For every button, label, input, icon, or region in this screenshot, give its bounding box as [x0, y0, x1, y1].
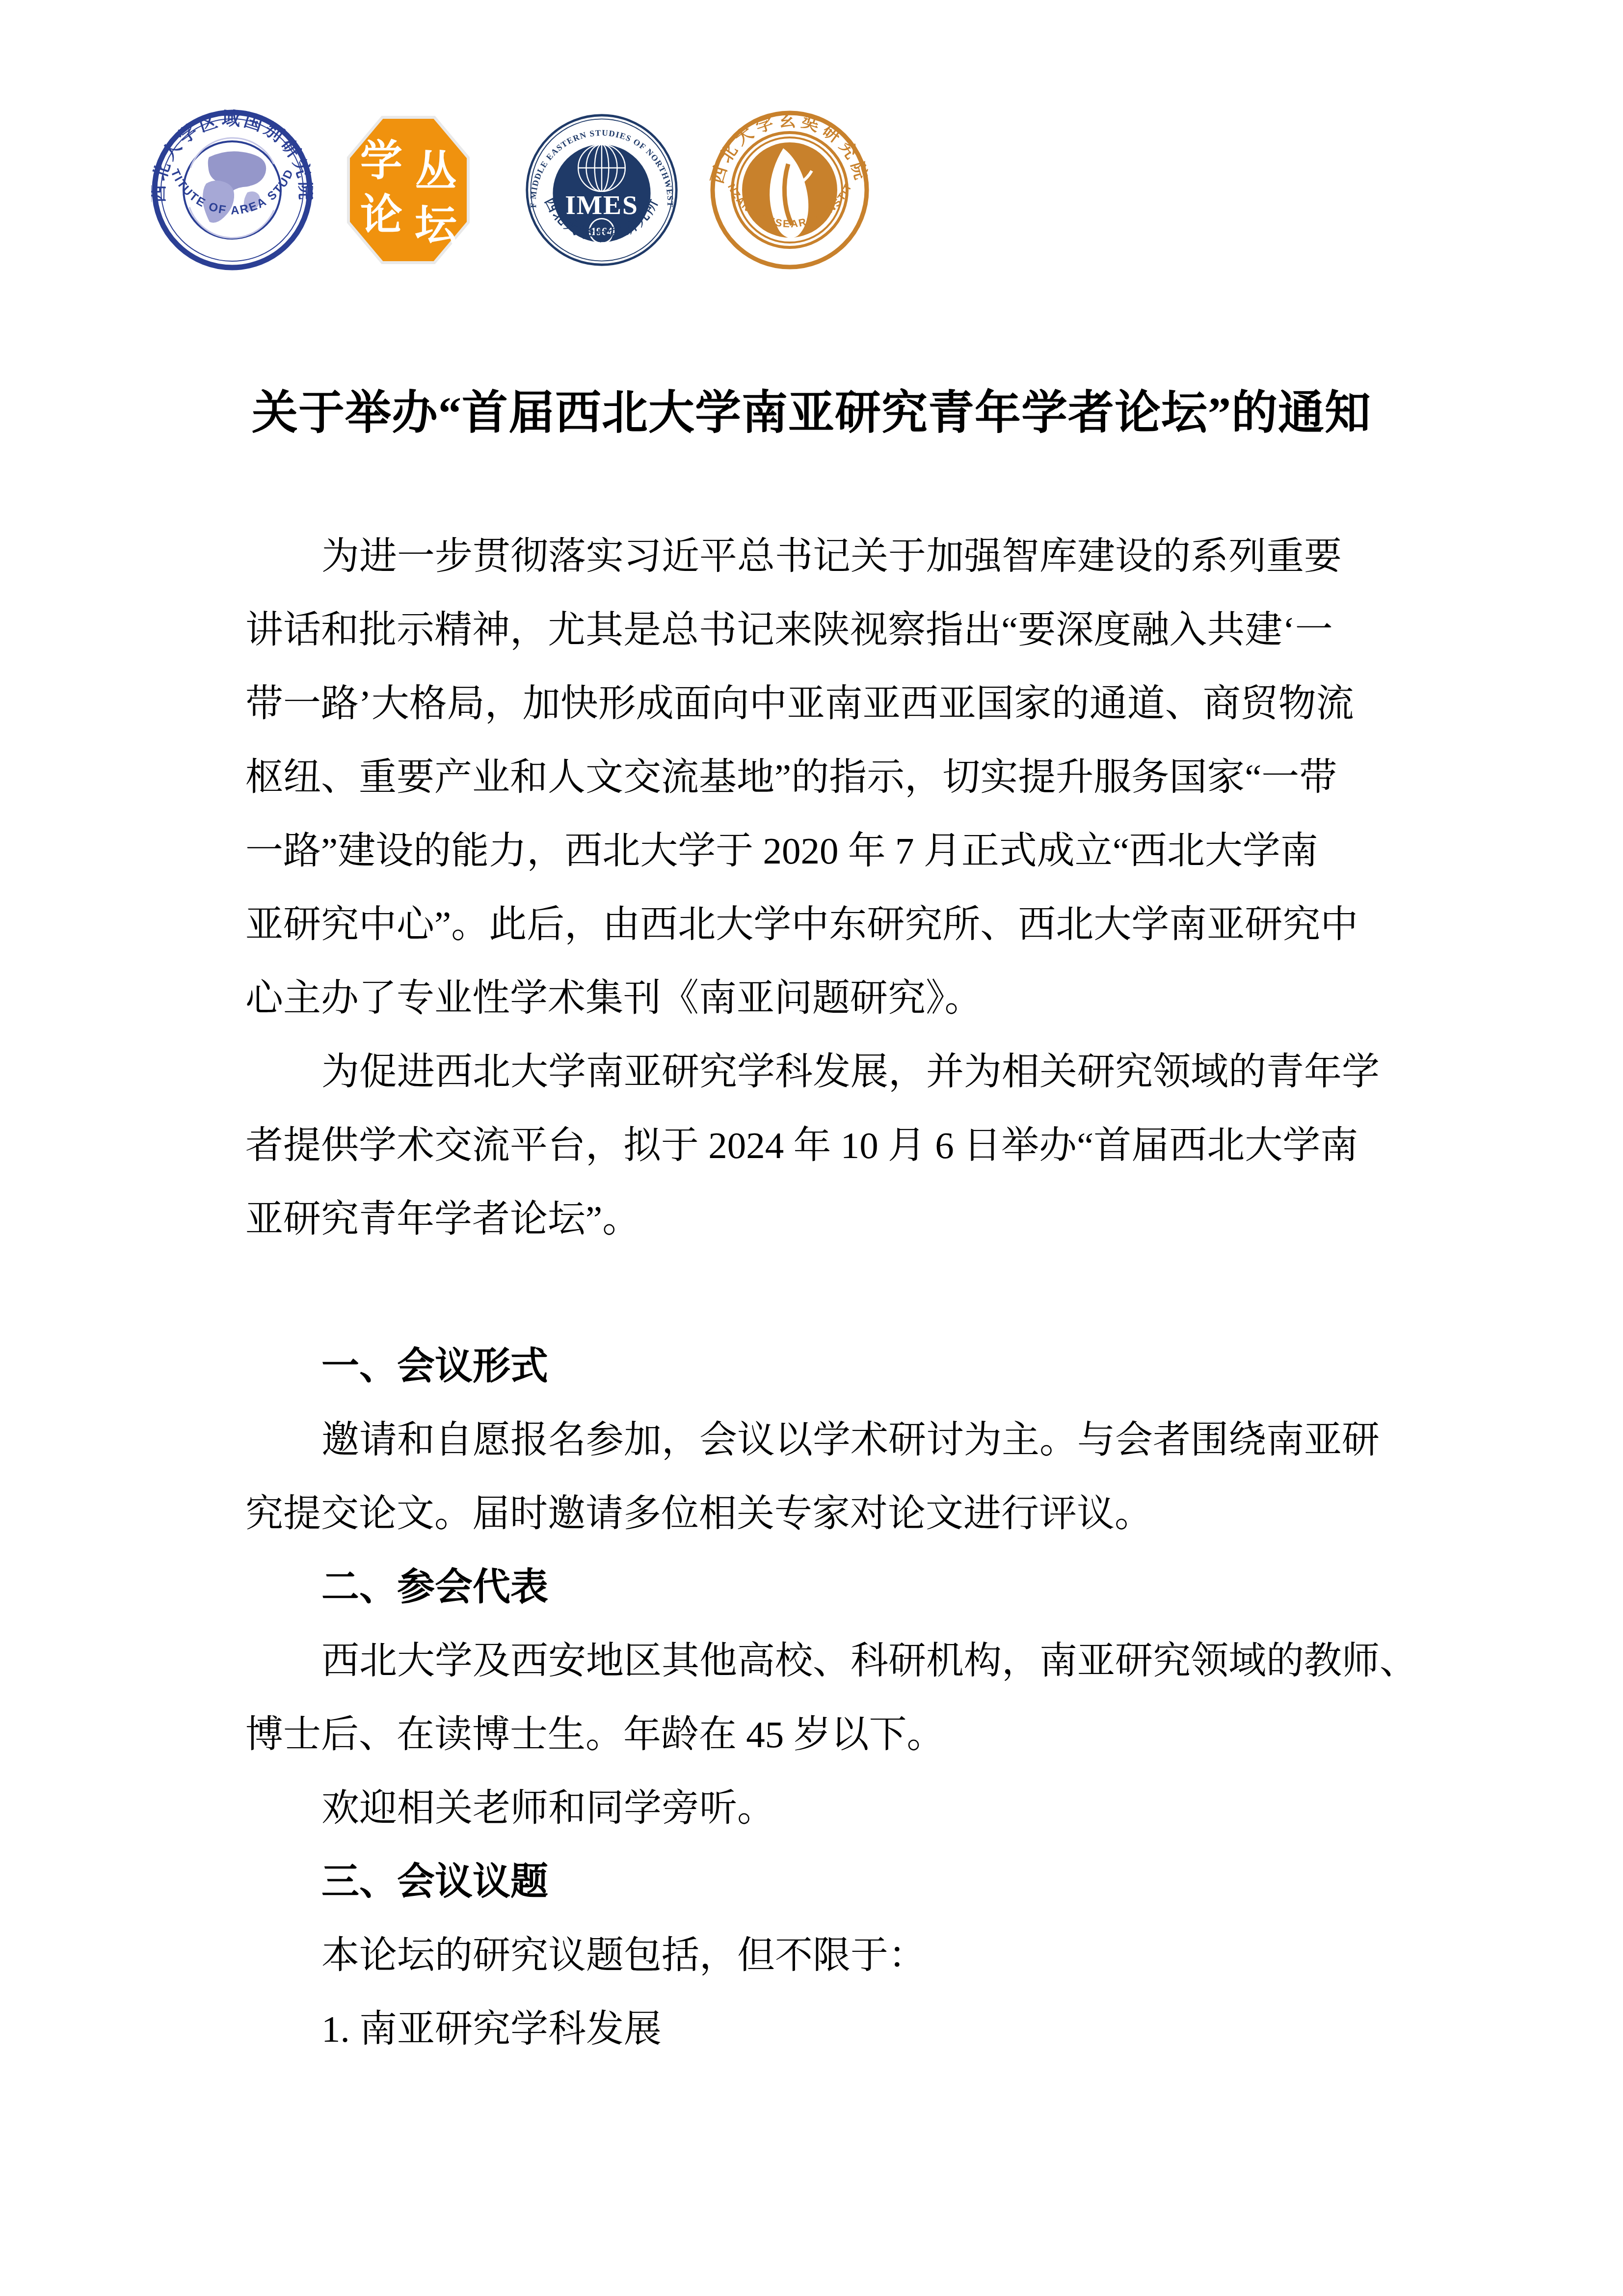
- globe-icon: [578, 144, 625, 191]
- body-line: 心主办了专业性学术集刊《南亚问题研究》。: [245, 961, 1389, 1035]
- body-line: 亚研究中心”。此后，由西北大学中东研究所、西北大学南亚研究中: [245, 888, 1389, 961]
- page-title: 关于举办“首届西北大学南亚研究青年学者论坛”的通知: [245, 369, 1378, 458]
- area-studies-logo-icon: 西北大学区域国别研究院 INSTITUTE OF AREA STUDIES: [151, 109, 313, 271]
- body-line: 邀请和自愿报名参加，会议以学术研讨为主。与会者围绕南亚研: [245, 1403, 1389, 1477]
- body-line: 本论坛的研究议题包括，但不限于：: [245, 1918, 1389, 1992]
- body-line: 为进一步贯彻落实习近平总书记关于加强智库建设的系列重要: [245, 519, 1389, 593]
- area-studies-seal: 西北大学区域国别研究院 INSTITUTE OF AREA STUDIES: [151, 109, 313, 271]
- seal-char-bottom-left: 论: [360, 191, 402, 239]
- imes-wordmark: IMES: [565, 190, 639, 220]
- seal-char-bottom-right: 坛: [415, 202, 458, 249]
- body-line: 西北大学及西安地区其他高校、科研机构，南亚研究领域的教师、: [245, 1624, 1389, 1698]
- xuanzang-logo-icon: 西北大学玄奘研究院 XUANZANG RESEARCH INSTITUTE: [709, 109, 871, 271]
- section-heading-2: 二、参会代表: [245, 1550, 1389, 1624]
- section-heading-3: 三、会议议题: [245, 1845, 1389, 1918]
- seal-char-top-right: 丛: [415, 148, 457, 195]
- body-line: 枢纽、重要产业和人文交流基地”的指示，切实提升服务国家“一带: [245, 740, 1389, 814]
- notice-document-page: 西北大学区域国别研究院 INSTITUTE OF AREA STUDIES 学 …: [0, 0, 1623, 2296]
- body-line: 讲话和批示精神，尤其是总书记来陕视察指出“要深度融入共建‘一: [245, 593, 1389, 667]
- body-line: 博士后、在读博士生。年龄在 45 岁以下。: [245, 1698, 1389, 1771]
- body-line: 者提供学术交流平台，拟于 2024 年 10 月 6 日举办“首届西北大学南: [245, 1108, 1389, 1182]
- forum-seal-logo-icon: 学 丛 论 坛: [346, 112, 471, 268]
- imes-logo-icon: IMES 1964 INSTITUTE OF MIDDLE EASTERN ST…: [524, 111, 679, 269]
- imes-seal: IMES 1964 INSTITUTE OF MIDDLE EASTERN ST…: [524, 111, 679, 269]
- seal-char-top-left: 学: [360, 137, 402, 185]
- forum-seal: 学 丛 论 坛: [346, 112, 471, 268]
- document-body: 为进一步贯彻落实习近平总书记关于加强智库建设的系列重要 讲话和批示精神，尤其是总…: [245, 519, 1389, 2066]
- body-line: 带一路’大格局，加快形成面向中亚南亚西亚国家的通道、商贸物流: [245, 667, 1389, 740]
- body-line: 为促进西北大学南亚研究学科发展，并为相关研究领域的青年学: [245, 1035, 1389, 1108]
- body-line: 亚研究青年学者论坛”。: [245, 1182, 1389, 1256]
- section-heading-1: 一、会议形式: [245, 1329, 1389, 1403]
- body-line: 一路”建设的能力，西北大学于 2020 年 7 月正式成立“西北大学南: [245, 814, 1389, 888]
- blank-line: [245, 1256, 1389, 1329]
- body-line: 1. 南亚研究学科发展: [245, 1992, 1389, 2066]
- body-line: 究提交论文。届时邀请多位相关专家对论文进行评议。: [245, 1477, 1389, 1550]
- body-line: 欢迎相关老师和同学旁听。: [245, 1771, 1389, 1845]
- logo-strip: 西北大学区域国别研究院 INSTITUTE OF AREA STUDIES 学 …: [151, 109, 871, 271]
- xuanzang-seal: 西北大学玄奘研究院 XUANZANG RESEARCH INSTITUTE: [709, 109, 871, 271]
